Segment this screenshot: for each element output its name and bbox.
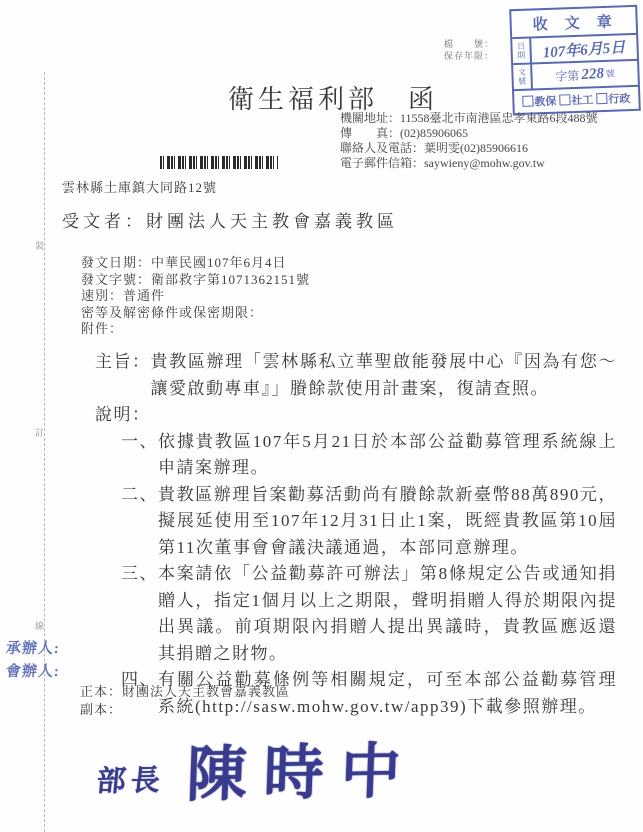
checkbox-label: 教保	[534, 96, 556, 109]
archive-no-label: 檔 號：	[444, 38, 494, 50]
item-text: 貴教區辦理旨案勸募活動尚有賸餘款新臺幣88萬890元，擬展延使用至107年12月…	[158, 482, 617, 562]
co-handler-label: 會辦人:	[5, 660, 61, 681]
checkbox-option-xingzheng: 行政	[596, 90, 631, 107]
item-number: 一、	[121, 429, 158, 482]
explanation-item-3: 三、 本案請依「公益勸募許可辦法」第8條規定公告或通知捐贈人，指定1個月以上之期…	[121, 561, 617, 667]
agency-email-line: 電子郵件信箱：saywieny@mohw.gov.tw	[340, 156, 598, 171]
explanation-label: 說明：	[95, 402, 617, 429]
recipient-line: 受文者：財團法人天主教會嘉義教區	[62, 207, 398, 232]
checkbox-label: 行政	[608, 93, 630, 106]
item-text: 本案請依「公益勸募許可辦法」第8條規定公告或通知捐贈人，指定1個月以上之期限，聲…	[158, 561, 617, 667]
subject-label: 主旨：	[95, 349, 151, 402]
issue-number-line: 發文字號：衛部救字第1071362151號	[81, 272, 310, 289]
archive-labels: 檔 號： 保存年限：	[444, 38, 494, 62]
recipient-address: 雲林縣土庫鎮大同路12號	[62, 177, 217, 196]
checkbox-option-shegong: 社工	[559, 91, 594, 108]
document-meta-block: 發文日期：中華民國107年6月4日 發文字號：衛部救字第1071362151號 …	[81, 255, 310, 338]
binding-char-zhuang: 裝	[35, 238, 44, 253]
agency-contact-line: 聯絡人及電話：葉明雯(02)85906616	[340, 141, 598, 156]
receipt-number-suffix: 號	[606, 69, 615, 78]
receipt-date-label: 日期	[512, 39, 532, 64]
official-letter-page: 裝 訂 線 檔 號： 保存年限： 收文章 日期 107年6月5日 文號 字第 2…	[0, 0, 643, 832]
explanation-items: 一、 依據貴教區107年5月21日於本部公益勸募管理系統線上申請案辦理。 二、 …	[121, 429, 617, 721]
distribution-block: 正本：財團法人天主教會嘉義教區 副本：	[80, 683, 290, 719]
checkbox-icon	[522, 95, 533, 106]
receipt-date-value: 107年6月5日	[542, 35, 626, 62]
agency-contact-block: 機關地址：11558臺北市南港區忠孝東路6段488號 傳 真：(02)85906…	[340, 111, 598, 171]
item-number: 三、	[121, 561, 158, 667]
minister-title: 部長	[95, 758, 167, 800]
original-recipient-line: 正本：財團法人天主教會嘉義教區	[80, 683, 290, 701]
checkbox-icon	[559, 94, 570, 105]
minister-name: 陳時中	[185, 723, 419, 813]
binding-char-xian: 線	[35, 618, 44, 633]
letter-body: 主旨： 貴教區辦理「雲林縣私立華聖啟能發展中心『因為有您～讓愛啟動專車』」賸餘款…	[95, 349, 617, 720]
agency-fax-line: 傳 真：(02)85906065	[340, 126, 598, 141]
explanation-item-1: 一、 依據貴教區107年5月21日於本部公益勸募管理系統線上申請案辦理。	[121, 429, 617, 482]
classification-line: 密等及解密條件或保密期限：	[81, 305, 310, 322]
minister-signature: 部長 陳時中	[94, 727, 436, 823]
issue-date-line: 發文日期：中華民國107年6月4日	[81, 255, 310, 272]
checkbox-option-jiaobao: 教保	[522, 93, 557, 110]
retention-label: 保存年限：	[444, 50, 494, 62]
checkbox-icon	[596, 93, 607, 104]
receipt-stamp-number-row: 文號 字第 228 號	[513, 59, 638, 89]
item-number: 二、	[121, 482, 158, 562]
handler-label: 承辦人:	[5, 637, 61, 658]
subject-paragraph: 主旨： 貴教區辦理「雲林縣私立華聖啟能發展中心『因為有您～讓愛啟動專車』」賸餘款…	[95, 349, 617, 402]
receipt-stamp-date-row: 日期 107年6月5日	[512, 33, 637, 63]
copy-recipient-line: 副本：	[80, 701, 290, 719]
item-text: 依據貴教區107年5月21日於本部公益勸募管理系統線上申請案辦理。	[158, 429, 617, 482]
receipt-number-value: 228	[581, 65, 605, 84]
binding-dashed-line	[44, 72, 45, 832]
explanation-item-2: 二、 貴教區辦理旨案勸募活動尚有賸餘款新臺幣88萬890元，擬展延使用至107年…	[121, 482, 617, 562]
attachment-line: 附件：	[81, 321, 310, 338]
receipt-number-label: 文號	[513, 64, 533, 89]
checkbox-label: 社工	[571, 94, 593, 107]
binding-char-ding: 訂	[35, 425, 44, 440]
receipt-stamp: 收文章 日期 107年6月5日 文號 字第 228 號 教保 社工 行政	[509, 5, 641, 115]
receipt-stamp-checkboxes: 教保 社工 行政	[514, 85, 639, 113]
receipt-number-prefix: 字第	[555, 66, 580, 84]
subject-text: 貴教區辦理「雲林縣私立華聖啟能發展中心『因為有您～讓愛啟動專車』」賸餘款使用計畫…	[151, 349, 618, 402]
barcode	[160, 156, 278, 169]
priority-line: 速別：普通件	[81, 288, 310, 305]
